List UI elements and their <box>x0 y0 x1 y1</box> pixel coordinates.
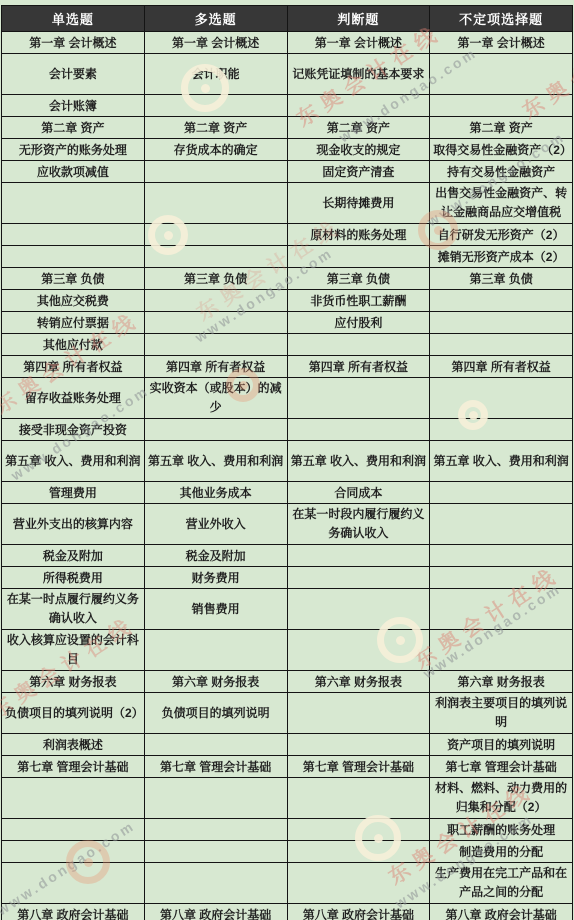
table-row: 所得税费用财务费用 <box>2 567 573 589</box>
table-cell <box>430 54 573 95</box>
header-row: 单选题多选题判断题不定项选择题 <box>2 6 573 32</box>
table-cell: 营业外收入 <box>144 504 287 545</box>
table-cell <box>430 290 573 312</box>
table-cell: 实收资本（或股本）的减少 <box>144 378 287 419</box>
table-cell: 生产费用在完工产品和在产品之间的分配 <box>430 863 573 904</box>
table-row: 管理费用其他业务成本合同成本 <box>2 482 573 504</box>
table-cell: 负债项目的填列说明（2） <box>2 693 145 734</box>
table-row: 接受非现金资产投资 <box>2 419 573 441</box>
table-cell: 其他应付款 <box>2 334 145 356</box>
chapter-row: 第二章 资产第二章 资产第二章 资产第二章 资产 <box>2 117 573 139</box>
table-cell: 收入核算应设置的会计科目 <box>2 630 145 671</box>
table-cell: 存货成本的确定 <box>144 139 287 161</box>
table-cell: 第一章 会计概述 <box>144 32 287 54</box>
table-cell <box>144 246 287 268</box>
table-cell: 第五章 收入、费用和利润 <box>2 441 145 482</box>
table-cell: 转销应付票据 <box>2 312 145 334</box>
table-cell: 第四章 所有者权益 <box>287 356 430 378</box>
table-cell: 第二章 资产 <box>430 117 573 139</box>
table-row: 无形资产的账务处理存货成本的确定现金收支的规定取得交易性金融资产（2） <box>2 139 573 161</box>
table-cell <box>144 95 287 117</box>
table-row: 其他应交税费非货币性职工薪酬 <box>2 290 573 312</box>
table-cell: 其他业务成本 <box>144 482 287 504</box>
table-cell: 留存收益账务处理 <box>2 378 145 419</box>
table-cell <box>287 95 430 117</box>
exam-topics-page: 单选题多选题判断题不定项选择题 第一章 会计概述第一章 会计概述第一章 会计概述… <box>0 0 574 920</box>
table-cell: 会计职能 <box>144 54 287 95</box>
column-header: 单选题 <box>2 6 145 32</box>
chapter-row: 第三章 负债第三章 负债第三章 负债第三章 负债 <box>2 268 573 290</box>
table-cell: 第六章 财务报表 <box>287 671 430 693</box>
table-cell <box>430 312 573 334</box>
table-row: 制造费用的分配 <box>2 841 573 863</box>
table-cell: 持有交易性金融资产 <box>430 161 573 183</box>
table-cell <box>430 95 573 117</box>
table-cell: 材料、燃料、动力费用的归集和分配（2） <box>430 778 573 819</box>
table-cell <box>430 545 573 567</box>
table-cell <box>2 819 145 841</box>
table-cell <box>430 567 573 589</box>
table-row: 生产费用在完工产品和在产品之间的分配 <box>2 863 573 904</box>
table-cell <box>287 819 430 841</box>
table-cell: 第一章 会计概述 <box>287 32 430 54</box>
table-cell: 在某一时点履行履约义务确认收入 <box>2 589 145 630</box>
table-cell: 第八章 政府会计基础 <box>430 904 573 920</box>
table-cell: 第八章 政府会计基础 <box>287 904 430 920</box>
table-cell: 摊销无形资产成本（2） <box>430 246 573 268</box>
table-cell <box>144 778 287 819</box>
table-cell: 利润表概述 <box>2 734 145 756</box>
table-cell: 其他应交税费 <box>2 290 145 312</box>
table-cell: 取得交易性金融资产（2） <box>430 139 573 161</box>
table-cell <box>287 419 430 441</box>
table-cell: 管理费用 <box>2 482 145 504</box>
table-cell: 接受非现金资产投资 <box>2 419 145 441</box>
column-header: 判断题 <box>287 6 430 32</box>
table-row: 长期待摊费用出售交易性金融资产、转让金融商品应交增值税 <box>2 183 573 224</box>
table-cell: 制造费用的分配 <box>430 841 573 863</box>
table-cell <box>287 378 430 419</box>
table-cell: 第六章 财务报表 <box>2 671 145 693</box>
table-cell: 长期待摊费用 <box>287 183 430 224</box>
table-cell: 营业外支出的核算内容 <box>2 504 145 545</box>
table-cell <box>430 589 573 630</box>
table-cell: 所得税费用 <box>2 567 145 589</box>
table-cell: 职工薪酬的账务处理 <box>430 819 573 841</box>
table-cell: 利润表主要项目的填列说明 <box>430 693 573 734</box>
table-cell <box>144 312 287 334</box>
table-cell: 第八章 政府会计基础 <box>2 904 145 920</box>
table-cell: 出售交易性金融资产、转让金融商品应交增值税 <box>430 183 573 224</box>
table-cell <box>430 482 573 504</box>
table-cell: 第四章 所有者权益 <box>144 356 287 378</box>
table-cell <box>2 183 145 224</box>
table-cell: 第七章 管理会计基础 <box>430 756 573 778</box>
table-cell <box>287 863 430 904</box>
table-row: 原材料的账务处理自行研发无形资产（2） <box>2 224 573 246</box>
table-cell: 销售费用 <box>144 589 287 630</box>
table-row: 职工薪酬的账务处理 <box>2 819 573 841</box>
table-cell <box>144 841 287 863</box>
table-head: 单选题多选题判断题不定项选择题 <box>2 6 573 32</box>
table-cell <box>2 246 145 268</box>
table-row: 在某一时点履行履约义务确认收入销售费用 <box>2 589 573 630</box>
table-cell <box>287 630 430 671</box>
table-cell: 第六章 财务报表 <box>144 671 287 693</box>
table-row: 摊销无形资产成本（2） <box>2 246 573 268</box>
table-cell: 会计账簿 <box>2 95 145 117</box>
table-cell <box>287 589 430 630</box>
table-cell: 合同成本 <box>287 482 430 504</box>
table-row: 留存收益账务处理实收资本（或股本）的减少 <box>2 378 573 419</box>
table-cell <box>287 567 430 589</box>
table-cell: 第二章 资产 <box>144 117 287 139</box>
table-cell: 在某一时段内履行履约义务确认收入 <box>287 504 430 545</box>
table-cell: 第六章 财务报表 <box>430 671 573 693</box>
table-cell: 固定资产清查 <box>287 161 430 183</box>
table-cell: 第四章 所有者权益 <box>2 356 145 378</box>
table-cell <box>2 841 145 863</box>
table-cell: 第二章 资产 <box>2 117 145 139</box>
table-cell <box>430 419 573 441</box>
table-row: 转销应付票据应付股利 <box>2 312 573 334</box>
table-cell <box>144 183 287 224</box>
table-cell: 第七章 管理会计基础 <box>2 756 145 778</box>
table-cell <box>144 224 287 246</box>
table-cell: 现金收支的规定 <box>287 139 430 161</box>
table-row: 负债项目的填列说明（2）负债项目的填列说明利润表主要项目的填列说明 <box>2 693 573 734</box>
table-cell: 负债项目的填列说明 <box>144 693 287 734</box>
table-cell: 应付股利 <box>287 312 430 334</box>
table-cell: 第五章 收入、费用和利润 <box>287 441 430 482</box>
table-cell: 第八章 政府会计基础 <box>144 904 287 920</box>
table-cell: 原材料的账务处理 <box>287 224 430 246</box>
table-cell: 税金及附加 <box>144 545 287 567</box>
table-cell <box>430 334 573 356</box>
table-cell: 第五章 收入、费用和利润 <box>144 441 287 482</box>
table-cell: 第三章 负债 <box>2 268 145 290</box>
table-cell <box>2 224 145 246</box>
table-row: 税金及附加税金及附加 <box>2 545 573 567</box>
table-cell <box>287 693 430 734</box>
table-cell: 非货币性职工薪酬 <box>287 290 430 312</box>
table-cell <box>287 778 430 819</box>
table-row: 应收款项减值固定资产清查持有交易性金融资产 <box>2 161 573 183</box>
table-cell: 无形资产的账务处理 <box>2 139 145 161</box>
table-cell <box>144 734 287 756</box>
table-row: 利润表概述资产项目的填列说明 <box>2 734 573 756</box>
table-row: 会计账簿 <box>2 95 573 117</box>
table-row: 会计要素会计职能记账凭证填制的基本要求 <box>2 54 573 95</box>
table-cell <box>2 863 145 904</box>
table-cell <box>144 419 287 441</box>
chapter-row: 第七章 管理会计基础第七章 管理会计基础第七章 管理会计基础第七章 管理会计基础 <box>2 756 573 778</box>
table-cell: 第四章 所有者权益 <box>430 356 573 378</box>
table-cell: 第五章 收入、费用和利润 <box>430 441 573 482</box>
table-cell <box>287 734 430 756</box>
table-cell <box>144 290 287 312</box>
table-cell: 第三章 负债 <box>144 268 287 290</box>
table-row: 收入核算应设置的会计科目 <box>2 630 573 671</box>
chapter-row: 第八章 政府会计基础第八章 政府会计基础第八章 政府会计基础第八章 政府会计基础 <box>2 904 573 920</box>
chapter-row: 第六章 财务报表第六章 财务报表第六章 财务报表第六章 财务报表 <box>2 671 573 693</box>
column-header: 多选题 <box>144 6 287 32</box>
table-cell: 第七章 管理会计基础 <box>144 756 287 778</box>
chapter-row: 第一章 会计概述第一章 会计概述第一章 会计概述第一章 会计概述 <box>2 32 573 54</box>
column-header: 不定项选择题 <box>430 6 573 32</box>
table-cell <box>144 630 287 671</box>
table-cell <box>287 841 430 863</box>
chapter-row: 第五章 收入、费用和利润第五章 收入、费用和利润第五章 收入、费用和利润第五章 … <box>2 441 573 482</box>
table-row: 其他应付款 <box>2 334 573 356</box>
table-cell <box>287 246 430 268</box>
table-cell: 会计要素 <box>2 54 145 95</box>
table-cell: 税金及附加 <box>2 545 145 567</box>
chapter-row: 第四章 所有者权益第四章 所有者权益第四章 所有者权益第四章 所有者权益 <box>2 356 573 378</box>
table-cell <box>287 334 430 356</box>
table-cell: 第七章 管理会计基础 <box>287 756 430 778</box>
table-row: 材料、燃料、动力费用的归集和分配（2） <box>2 778 573 819</box>
table-row: 营业外支出的核算内容营业外收入在某一时段内履行履约义务确认收入 <box>2 504 573 545</box>
table-cell: 第三章 负债 <box>287 268 430 290</box>
table-cell <box>430 378 573 419</box>
table-cell: 自行研发无形资产（2） <box>430 224 573 246</box>
table-cell <box>430 630 573 671</box>
table-cell: 第三章 负债 <box>430 268 573 290</box>
table-cell: 资产项目的填列说明 <box>430 734 573 756</box>
table-cell <box>144 819 287 841</box>
table-cell <box>430 504 573 545</box>
exam-topics-table: 单选题多选题判断题不定项选择题 第一章 会计概述第一章 会计概述第一章 会计概述… <box>1 5 573 920</box>
table-cell <box>144 334 287 356</box>
table-cell: 第一章 会计概述 <box>2 32 145 54</box>
table-cell: 第一章 会计概述 <box>430 32 573 54</box>
table-cell: 财务费用 <box>144 567 287 589</box>
table-body: 第一章 会计概述第一章 会计概述第一章 会计概述第一章 会计概述会计要素会计职能… <box>2 32 573 920</box>
table-cell: 第二章 资产 <box>287 117 430 139</box>
table-cell <box>287 545 430 567</box>
table-cell <box>144 863 287 904</box>
table-cell: 记账凭证填制的基本要求 <box>287 54 430 95</box>
table-cell <box>144 161 287 183</box>
table-cell: 应收款项减值 <box>2 161 145 183</box>
table-cell <box>2 778 145 819</box>
